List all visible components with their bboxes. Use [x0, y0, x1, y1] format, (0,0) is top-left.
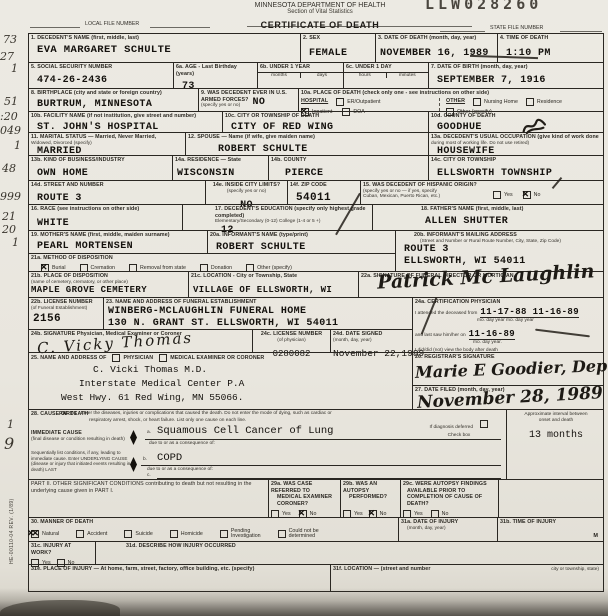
minutes-col-label: minutes — [386, 73, 429, 79]
cause-line-a-value: Squamous Cell Cancer of Lung — [157, 425, 333, 437]
checkbox-er-outpatient — [336, 98, 344, 106]
field-under-1-year: 6b. UNDER 1 YEAR months days — [257, 62, 343, 88]
field-father-name: 18. FATHER'S NAME (first, middle, last) … — [372, 204, 603, 230]
checkbox-natural — [31, 530, 39, 538]
margin-note: 999 — [0, 190, 21, 203]
field-ssn: 5. SOCIAL SECURITY NUMBER 474-26-2436 — [28, 62, 173, 88]
field-autopsy-performed: 29b. WAS AN AUTOPSY PERFORMED? Yes No — [340, 479, 400, 517]
hours-col-label: hours — [344, 73, 386, 79]
field-business-industry: 13b. KIND OF BUSINESS/INDUSTRY OWN HOME — [28, 155, 172, 180]
field-birthplace: 8. BIRTHPLACE (city and state or foreign… — [28, 88, 198, 111]
field-facility-name: 10b. FACILITY NAME (if not institution, … — [28, 111, 222, 132]
field-residence-state: 14a. RESIDENCE — State WISCONSIN — [172, 155, 268, 180]
field-county-of-death: 10d. COUNTY OF DEATH GOODHUE — [428, 111, 603, 132]
margin-note: 1 — [12, 236, 19, 249]
field-time-of-injury: 31b. TIME OF INJURY M — [497, 517, 603, 541]
margin-note: 21 — [2, 210, 16, 223]
field-manner-of-death: 30. MANNER OF DEATH Natural Accident Sui… — [28, 517, 398, 541]
margin-note: :20 — [0, 110, 18, 123]
field-physician-license: 24c. LICENSE NUMBER (of physician) 02800… — [252, 329, 330, 352]
checkbox-nursing-home — [473, 98, 481, 106]
decedent-name-value: EVA MARGARET SCHULTE — [37, 44, 298, 56]
state-file-number-label: STATE FILE NUMBER — [490, 25, 543, 31]
checkbox-diagnosis-deferred — [480, 420, 488, 428]
field-marital-status: 11. MARITAL STATUS — Married, Never Marr… — [28, 132, 185, 155]
field-date-filed: 27. DATE FILED (month, day, year) Novemb… — [412, 385, 603, 409]
field-method-of-disposition: 21a. METHOD OF DISPOSITION Burial Cremat… — [28, 253, 395, 271]
margin-note: 51 — [4, 95, 18, 108]
stamp-number: LLW028260 — [425, 0, 542, 11]
arrow-marker — [130, 430, 137, 445]
interval-value: 13 months — [529, 430, 583, 441]
local-file-number-label: LOCAL FILE NUMBER — [85, 21, 139, 27]
field-decedent-name: 1. DECEDENT'S NAME (first, middle, last)… — [28, 33, 300, 62]
field-education: 17. DECEDENT'S EDUCATION (specify only h… — [182, 204, 372, 230]
field-sex: 2. SEX FEMALE — [300, 33, 375, 62]
checkbox-hispanic-yes — [493, 191, 501, 199]
field-inside-city-limits: 14e. INSIDE CITY LIMITS? (specify yes or… — [205, 180, 287, 204]
section-name: Section of Vital Statistics — [200, 9, 440, 15]
field-city-of-death: 10c. CITY OR TOWNSHIP OF DEATH CITY OF R… — [222, 111, 428, 132]
field-autopsy-findings: 29c. WERE AUTOPSY FINDINGS AVAILABLE PRI… — [400, 479, 498, 517]
margin-note: 48 — [2, 162, 16, 175]
field-mother-name: 19. MOTHER'S NAME (first, middle, maiden… — [28, 230, 207, 253]
field-certification-physician: 24a. CERTIFICATION PHYSICIAN I attended … — [412, 297, 603, 352]
checkbox-accident — [76, 530, 84, 538]
field-occupation: 13a. DECEDENT'S USUAL OCCUPATION (give k… — [428, 132, 603, 155]
margin-note: 049 — [0, 124, 21, 137]
field-date-of-death: 3. DATE OF DEATH (month, day, year) NOVE… — [375, 33, 497, 62]
months-col-label: months — [258, 73, 300, 79]
field-date-of-injury: 31a. DATE OF INJURY (month, day, year) — [398, 517, 497, 541]
field-hispanic-origin: 15. WAS DECEDENT OF HISPANIC ORIGIN? (sp… — [360, 180, 603, 204]
margin-note: 1 — [7, 418, 14, 431]
hospital-group-label: HOSPITAL — [301, 98, 328, 105]
field-place-of-death: 10a. PLACE OF DEATH (check only one - se… — [298, 88, 603, 111]
checkbox-medical-examiner — [159, 354, 167, 362]
other-group-label: OTHER — [446, 98, 465, 105]
checkbox-residence — [526, 98, 534, 106]
margin-note: 20 — [2, 223, 16, 236]
checkbox-undetermined — [278, 530, 286, 538]
field-date-of-birth: 7. DATE OF BIRTH (month, day, year) SEPT… — [428, 62, 603, 88]
field-informant-name: 20a. INFORMANT'S NAME (type/print) ROBER… — [207, 230, 395, 253]
field-spouse: 12. SPOUSE — Name (if wife, give maiden … — [185, 132, 428, 155]
field-registrar-signature: 26. REGISTRAR'S SIGNATURE Marie E Goodie… — [412, 352, 603, 385]
field-injury-location: 31f. LOCATION — (street and number city … — [330, 564, 603, 591]
form-code: HE-00110-04 REV. (1/89) — [9, 452, 15, 564]
field-funeral-license: 22b. LICENSE NUMBER (of Funeral Establis… — [28, 297, 103, 329]
checkbox-pending — [220, 530, 228, 538]
field-physician-name-address: 25. NAME AND ADDRESS OF PHYSICIAN MEDICA… — [28, 352, 412, 409]
days-col-label: days — [300, 73, 343, 79]
field-injury-at-work: 31c. INJURY AT WORK? Yes No — [28, 541, 95, 564]
meridiem-mark: M — [593, 533, 598, 539]
margin-note: 1 — [14, 139, 21, 152]
checkbox-homicide — [170, 530, 178, 538]
field-residence-county: 14b. COUNTY PIERCE — [268, 155, 428, 180]
field-funeral-establishment: 23. NAME AND ADDRESS OF FUNERAL ESTABLIS… — [103, 297, 412, 329]
field-age: 6a. AGE - Last Birthday (years) 73 — [173, 62, 257, 88]
margin-note: 73 — [3, 33, 17, 46]
death-certificate-form: 1. DECEDENT'S NAME (first, middle, last)… — [28, 33, 604, 592]
field-armed-forces: 9. WAS DECEDENT EVER IN U.S. ARMED FORCE… — [198, 88, 298, 111]
margin-note: 1 — [11, 62, 18, 75]
arrow-marker — [130, 457, 137, 472]
field-under-1-day: 6c. UNDER 1 DAY hours minutes — [343, 62, 428, 88]
field-physician-signature: 24b. SIGNATURE Physician, Medical Examin… — [28, 329, 252, 352]
checkbox-hispanic-no — [523, 191, 531, 199]
field-date-signed: 24d. DATE SIGNED (month, day, year) Nove… — [330, 329, 412, 352]
checkbox-suicide — [124, 530, 132, 538]
death-certificate-scan: MINNESOTA DEPARTMENT OF HEALTH Section o… — [0, 0, 608, 616]
field-case-referred: 29a. WAS CASE REFERRED TO MEDICAL EXAMIN… — [268, 479, 340, 517]
empty-cell — [498, 479, 603, 517]
interval-column: Approximate interval between onset and d… — [506, 410, 605, 480]
field-race: 16. RACE (see instructions on other side… — [28, 204, 182, 230]
agency-name: MINNESOTA DEPARTMENT OF HEALTH — [200, 2, 440, 9]
field-zip-code: 14f. ZIP CODE 54011 — [287, 180, 360, 204]
field-funeral-director-signature: 22a. SIGNATURE OF FUNERAL DIRECTOR OR MO… — [358, 271, 603, 297]
field-disposition-location: 21c. LOCATION - City or Township, State … — [188, 271, 358, 297]
field-describe-injury: 31d. DESCRIBE HOW INJURY OCCURRED — [95, 541, 603, 564]
pen-scribble — [519, 115, 549, 137]
field-place-of-injury: 31e. PLACE OF INJURY — At home, farm, st… — [28, 564, 330, 591]
injury-location-right-label: city or township, state) — [551, 567, 599, 573]
field-cause-of-death: 28. CAUSE OF DEATH PART I Enter the dise… — [28, 409, 603, 479]
checkbox-physician — [112, 354, 120, 362]
cause-line-b-value: COPD — [157, 452, 182, 464]
document-title: CERTIFICATE OF DEATH — [210, 20, 430, 30]
field-place-of-disposition: 21b. PLACE OF DISPOSITION (name of cemet… — [28, 271, 188, 297]
field-residence-city: 14c. CITY OR TOWNSHIP ELLSWORTH TOWNSHIP — [428, 155, 603, 180]
field-street-number: 14d. STREET AND NUMBER ROUTE 3 — [28, 180, 205, 204]
field-part2-conditions: PART II. OTHER SIGNIFICANT CONDITIONS co… — [28, 479, 268, 517]
margin-note: 9 — [4, 434, 14, 453]
